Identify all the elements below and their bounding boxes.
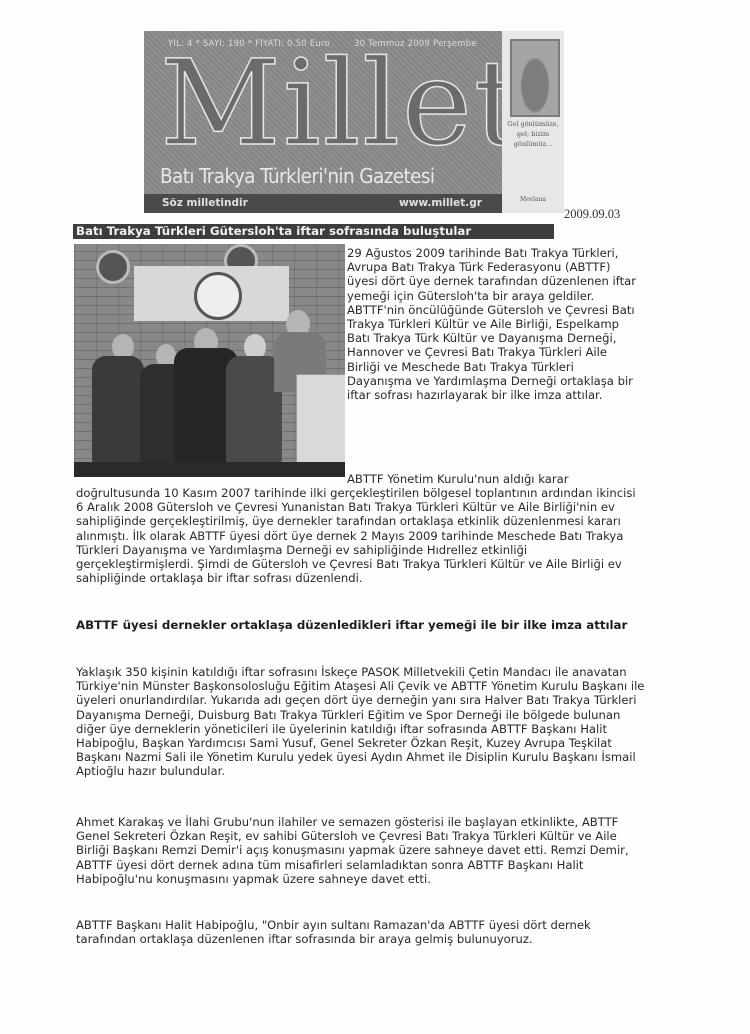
article-paragraph-2: doğrultusunda 10 Kasım 2007 tarihinde il…: [76, 486, 646, 585]
newspaper-masthead: YIL: 4 * SAYI: 190 * FİYATI: 0.50 Euro 3…: [144, 31, 564, 213]
article-paragraph-2-start: ABTTF Yönetim Kurulu'nun aldığı karar: [347, 472, 637, 486]
photo-stage: [74, 462, 345, 477]
article-paragraph-3: Yaklaşık 350 kişinin katıldığı iftar sof…: [76, 665, 646, 779]
photo-speaker-left: [96, 250, 130, 284]
photo-person: [92, 356, 144, 462]
side-quote-author: Mevlana: [506, 196, 560, 203]
article-paragraph-1: 29 Ağustos 2009 tarihinde Batı Trakya Tü…: [347, 246, 637, 402]
masthead-main: YIL: 4 * SAYI: 190 * FİYATI: 0.50 Euro 3…: [144, 31, 502, 213]
masthead-bottom-bar: Söz milletindir www.millet.gr: [144, 194, 502, 213]
side-quote: Gel gönlümüze, gel; bizim gönlümüz...: [506, 119, 560, 149]
newspaper-website: www.millet.gr: [399, 194, 482, 213]
portrait-image: [510, 39, 560, 117]
masthead-side-box: Gel gönlümüze, gel; bizim gönlümüz... Me…: [502, 31, 564, 213]
photo-emblem: [194, 272, 242, 320]
article-paragraph-4: Ahmet Karakaş ve İlahi Grubu'nun ilahile…: [76, 815, 646, 886]
article-subheading: ABTTF üyesi dernekler ortaklaşa düzenled…: [76, 618, 646, 633]
article-headline: Batı Trakya Türkleri Gütersloh'ta iftar …: [73, 224, 554, 239]
newspaper-motto: Söz milletindir: [162, 194, 248, 213]
article-paragraph-5: ABTTF Başkanı Halit Habipoğlu, "Onbir ay…: [76, 918, 646, 946]
article-photo: [74, 244, 345, 477]
scanned-newspaper-page: YIL: 4 * SAYI: 190 * FİYATI: 0.50 Euro 3…: [0, 0, 750, 1034]
date-stamp: 2009.09.03: [564, 207, 620, 222]
newspaper-subtitle: Batı Trakya Türkleri'nin Gazetesi: [160, 164, 500, 188]
newspaper-title: Millet: [160, 41, 500, 166]
